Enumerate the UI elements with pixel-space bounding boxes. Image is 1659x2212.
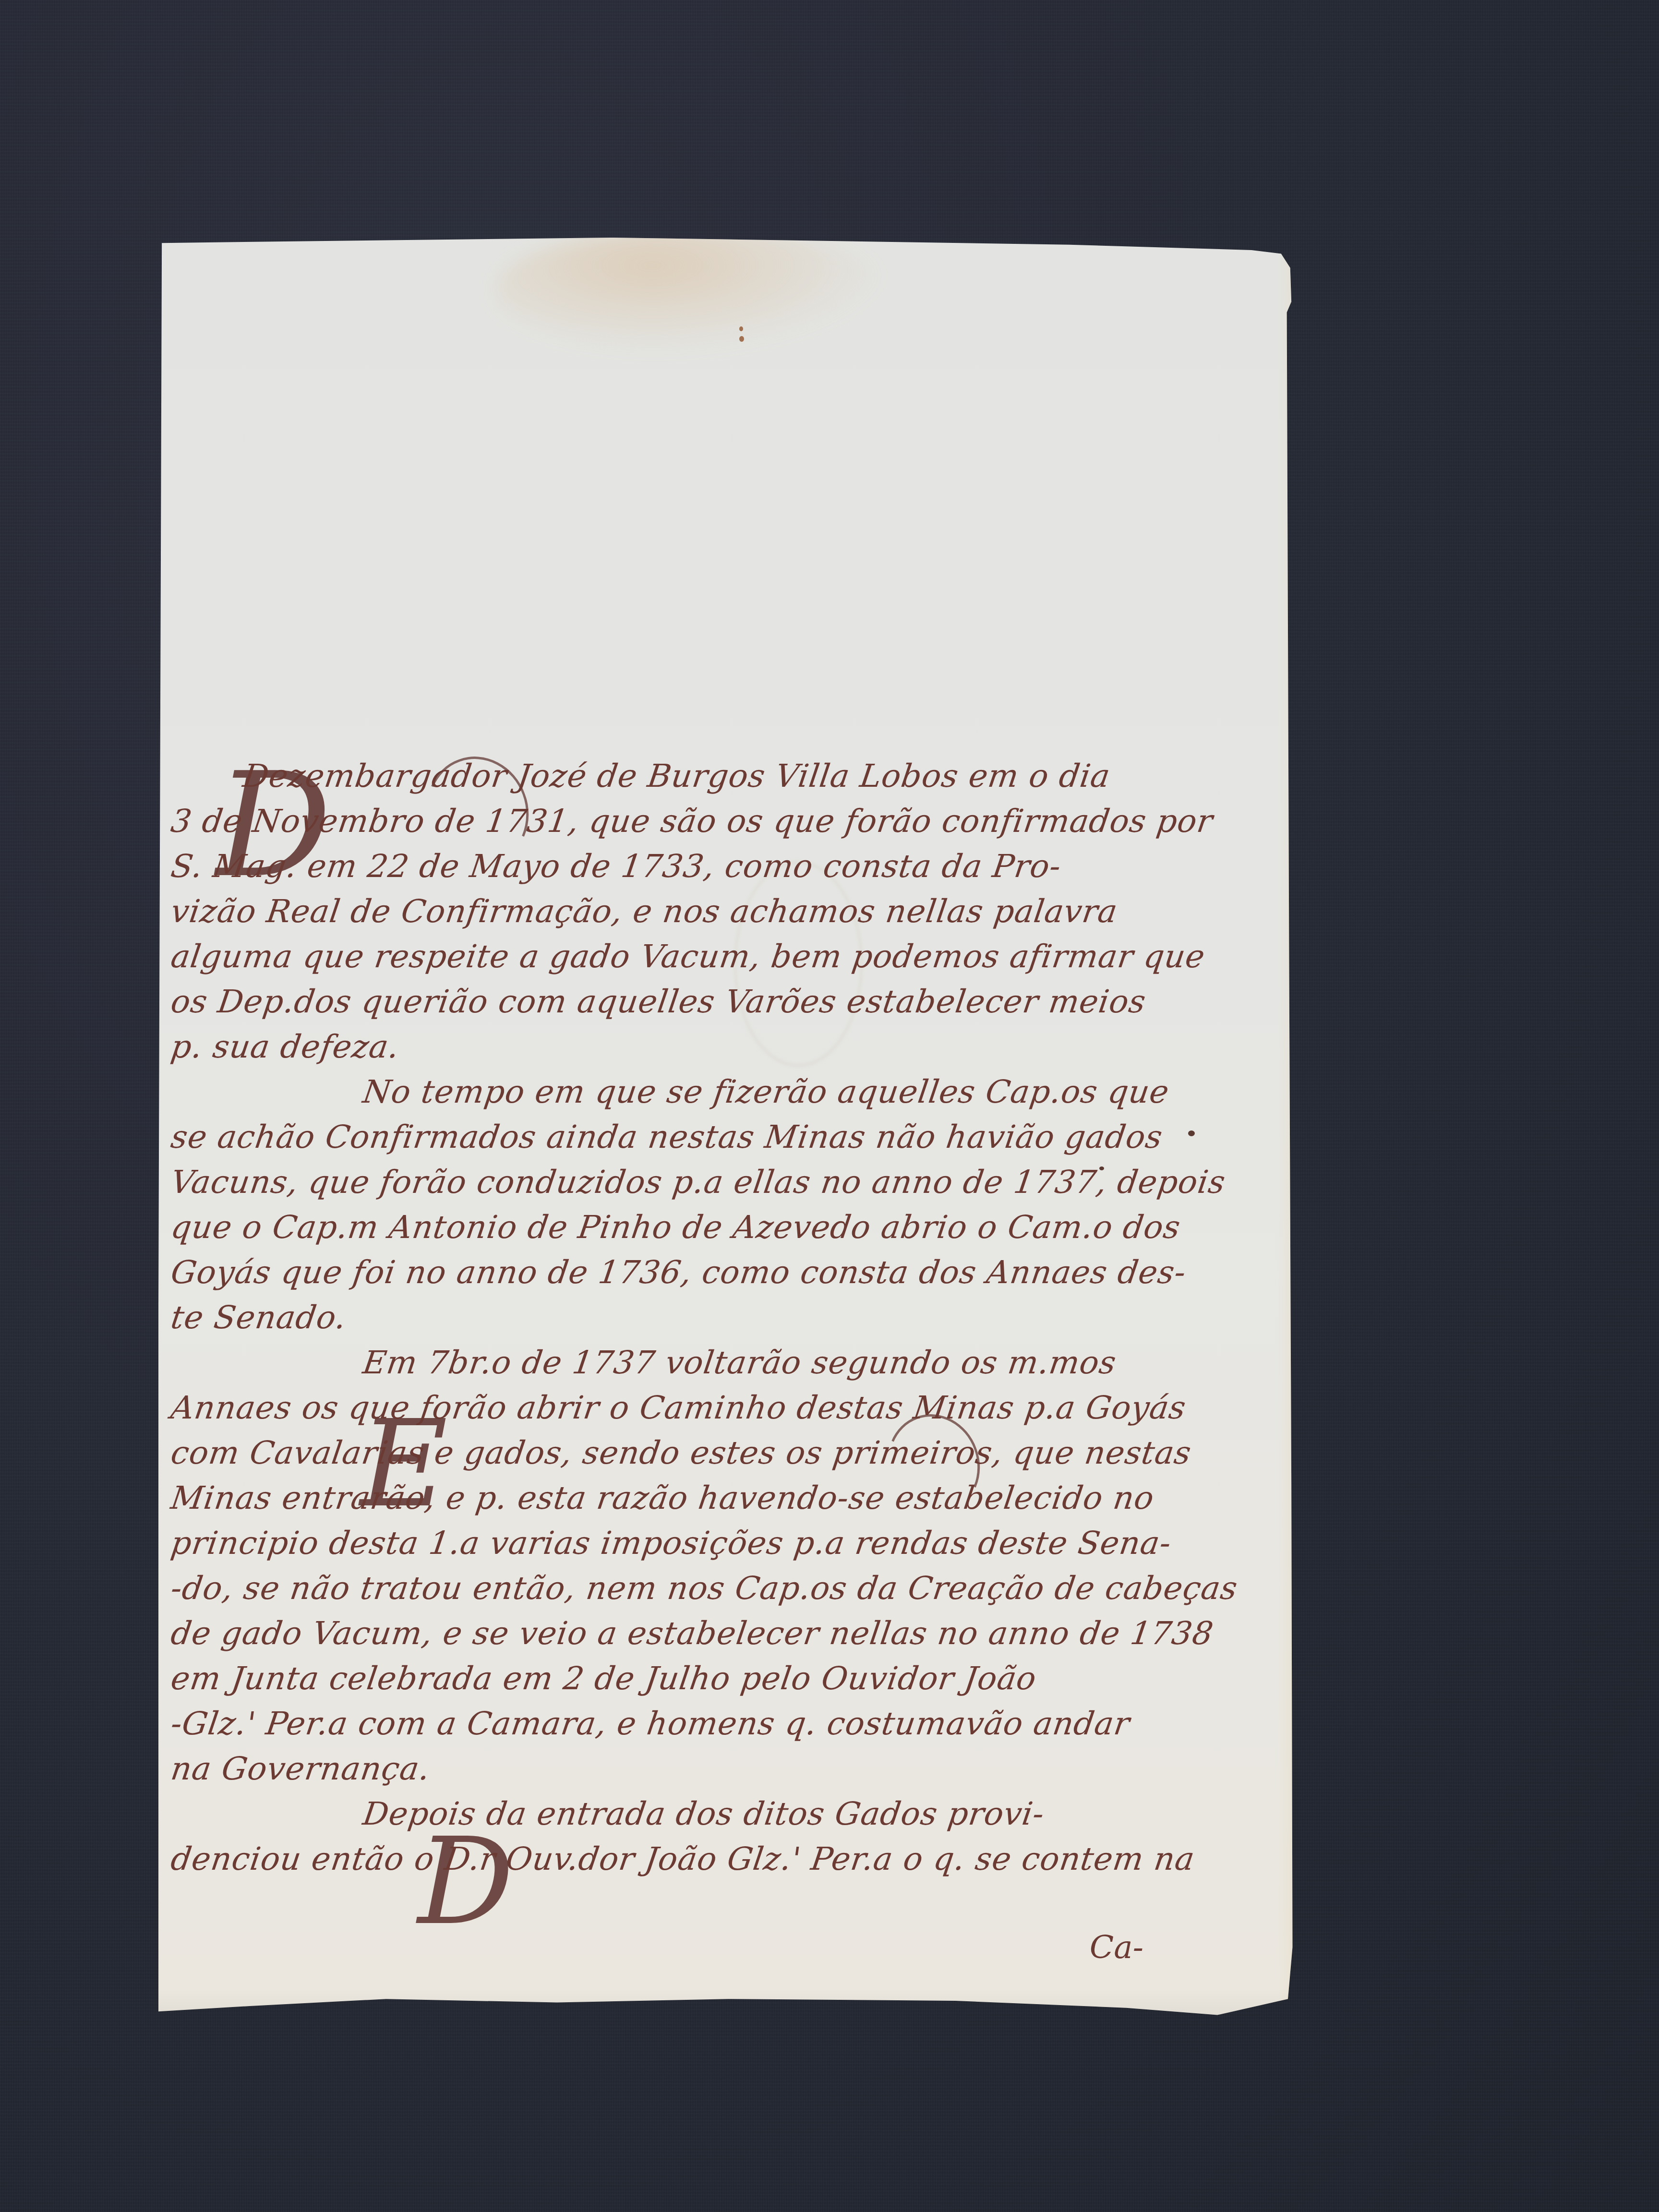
text-line: te Senado. bbox=[168, 1295, 1058, 1340]
text-line: p. sua defeza. bbox=[168, 1024, 1058, 1070]
text-line: Minas entrarão, e p. esta razão havendo-… bbox=[168, 1476, 1058, 1521]
text-line: principio desta 1.a varias imposições p.… bbox=[168, 1521, 1058, 1566]
ink-speck bbox=[1188, 1130, 1195, 1136]
text-line: 3 de Novembro de 1731, que são os que fo… bbox=[168, 799, 1058, 844]
text-line: Em 7br.o de 1737 voltarão segundo os m.m… bbox=[168, 1340, 1058, 1385]
text-line: se achão Confirmados ainda nestas Minas … bbox=[168, 1115, 1058, 1160]
manuscript-text: Dezembargador Jozé de Burgos Villa Lobos… bbox=[168, 754, 1051, 1882]
catchword: Ca- bbox=[1090, 1929, 1143, 1966]
text-line: S. Mag. em 22 de Mayo de 1733, como cons… bbox=[168, 844, 1058, 889]
foxing-spot bbox=[739, 336, 744, 342]
text-line: No tempo em que se fizerão aquelles Cap.… bbox=[168, 1070, 1058, 1115]
text-line: que o Cap.m Antonio de Pinho de Azevedo … bbox=[168, 1205, 1058, 1250]
text-line: Depois da entrada dos ditos Gados provi- bbox=[168, 1791, 1058, 1837]
text-line: os Dep.dos querião com aquelles Varões e… bbox=[168, 979, 1058, 1024]
text-line: Annaes os que forão abrir o Caminho dest… bbox=[168, 1385, 1058, 1431]
text-line: Dezembargador Jozé de Burgos Villa Lobos… bbox=[168, 754, 1058, 799]
text-line: alguma que respeite a gado Vacum, bem po… bbox=[168, 934, 1058, 979]
text-line: de gado Vacum, e se veio a estabelecer n… bbox=[168, 1611, 1058, 1656]
text-line: -do, se não tratou então, nem nos Cap.os… bbox=[168, 1566, 1058, 1611]
manuscript-sheet: D E D Dezembargador Jozé de Burgos Villa… bbox=[158, 238, 1297, 2019]
foxing-spot bbox=[739, 326, 743, 331]
text-line: Goyás que foi no anno de 1736, como cons… bbox=[168, 1250, 1058, 1295]
text-line: denciou então o D.r Ouv.dor João Glz.' P… bbox=[168, 1837, 1058, 1882]
text-line: na Governança. bbox=[168, 1746, 1058, 1791]
water-stain bbox=[494, 228, 888, 353]
text-line: em Junta celebrada em 2 de Julho pelo Ou… bbox=[168, 1656, 1058, 1701]
text-line: -Glz.' Per.a com a Camara, e homens q. c… bbox=[168, 1701, 1058, 1746]
text-line: Vacuns, que forão conduzidos p.a ellas n… bbox=[168, 1160, 1058, 1205]
text-line: vizão Real de Confirmação, e nos achamos… bbox=[168, 889, 1058, 934]
text-line: com Cavalarias e gados, sendo estes os p… bbox=[168, 1431, 1058, 1476]
